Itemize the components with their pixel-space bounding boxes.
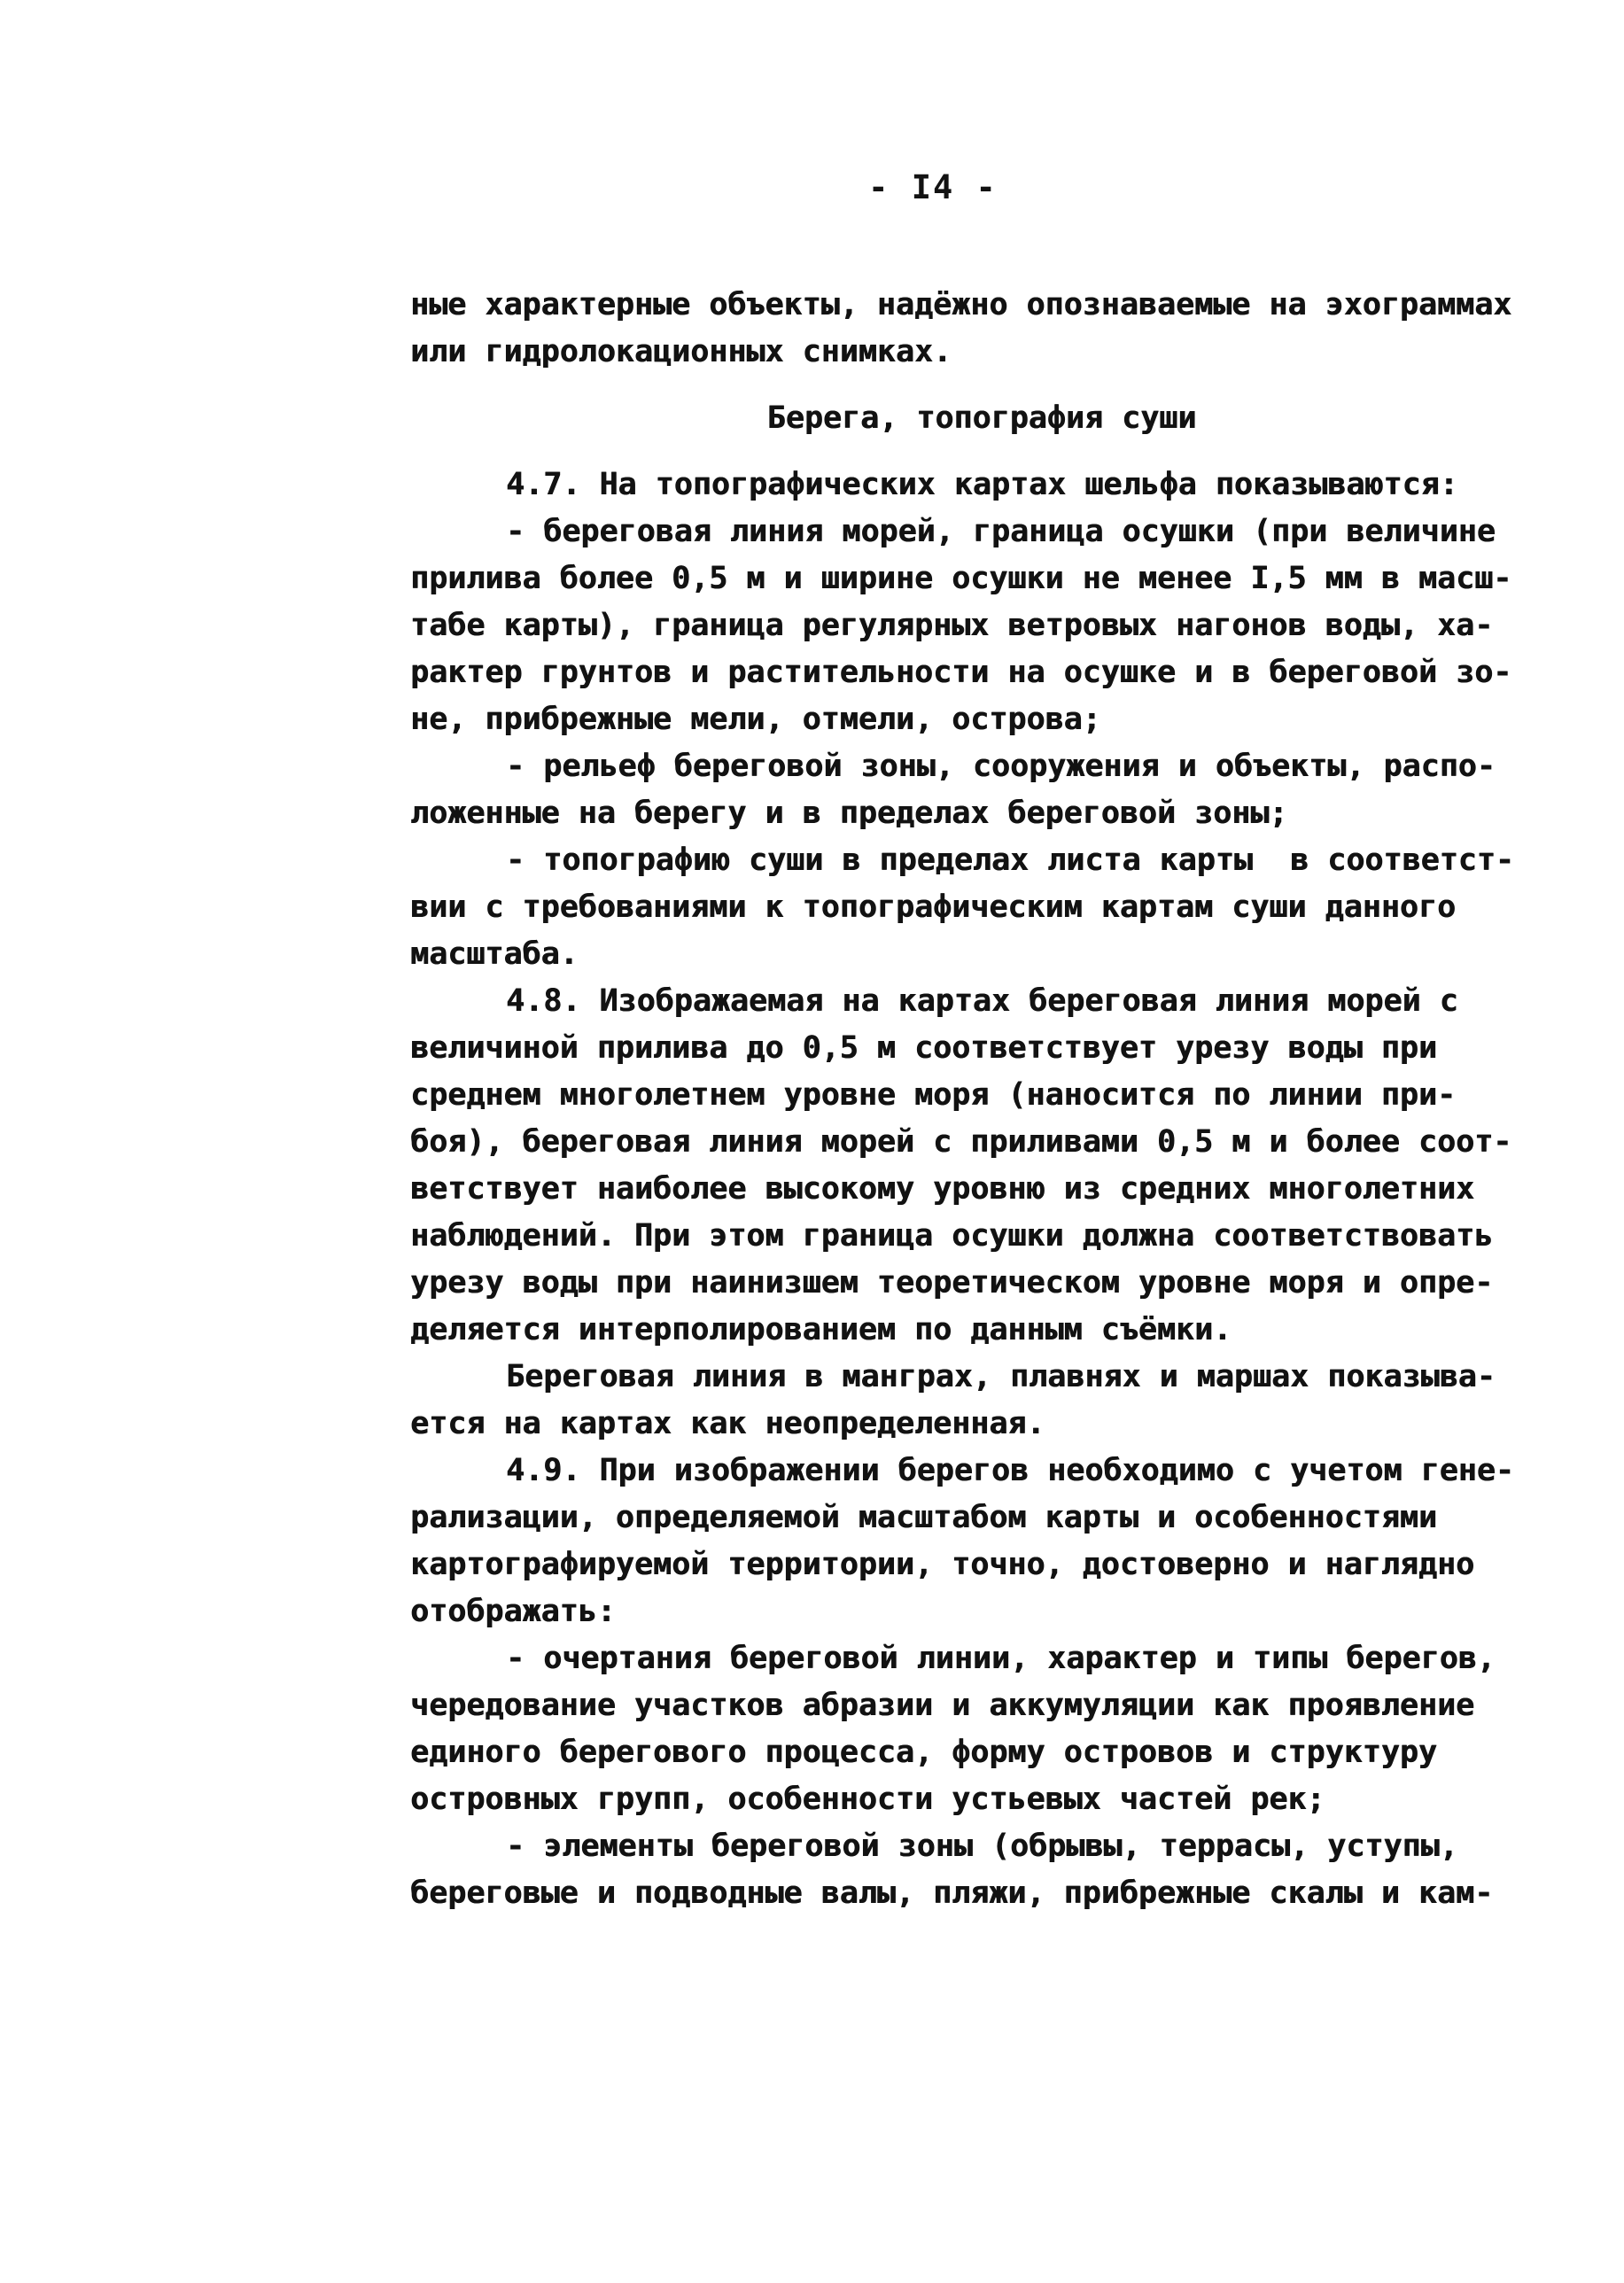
page-number: - I4 - <box>868 168 998 206</box>
text-line: единого берегового процесса, форму остро… <box>410 1729 1553 1776</box>
text-line: - береговая линия морей, граница осушки … <box>410 509 1553 555</box>
document-page: - I4 - ные характерные объекты, надёжно … <box>0 0 1624 2283</box>
paragraph: 4.9. При изображении берегов необходимо … <box>410 1448 1553 1635</box>
paragraph: ные характерные объекты, надёжно опознав… <box>410 282 1553 376</box>
paragraph: Береговая линия в манграх, плавнях и мар… <box>410 1354 1553 1448</box>
text-line: прилива более 0,5 м и ширине осушки не м… <box>410 555 1553 602</box>
text-line: ется на картах как неопределенная. <box>410 1401 1553 1448</box>
text-line: Береговая линия в манграх, плавнях и мар… <box>410 1354 1553 1401</box>
text-line: - очертания береговой линии, характер и … <box>410 1635 1553 1682</box>
paragraph: - элементы береговой зоны (обрывы, терра… <box>410 1823 1553 1917</box>
paragraph: - береговая линия морей, граница осушки … <box>410 509 1553 743</box>
text-line: - элементы береговой зоны (обрывы, терра… <box>410 1823 1553 1870</box>
paragraph: - рельеф береговой зоны, сооружения и об… <box>410 743 1553 837</box>
text-line: береговые и подводные валы, пляжи, прибр… <box>410 1870 1553 1917</box>
text-line: чередование участков абразии и аккумуляц… <box>410 1682 1553 1729</box>
text-line: или гидролокационных снимках. <box>410 329 1553 376</box>
text-line: среднем многолетнем уровне моря (наносит… <box>410 1072 1553 1119</box>
document-body: ные характерные объекты, надёжно опознав… <box>410 282 1553 1917</box>
text-line: - рельеф береговой зоны, сооружения и об… <box>410 743 1553 790</box>
text-line: величиной прилива до 0,5 м соответствует… <box>410 1025 1553 1072</box>
text-line: рактер грунтов и растительности на осушк… <box>410 649 1553 696</box>
text-line: вии с требованиями к топографическим кар… <box>410 884 1553 931</box>
text-line: островных групп, особенности устьевых ча… <box>410 1776 1553 1823</box>
text-line: деляется интерполированием по данным съё… <box>410 1307 1553 1354</box>
text-line: ложенные на берегу и в пределах берегово… <box>410 790 1553 837</box>
text-line: картографируемой территории, точно, дост… <box>410 1541 1553 1588</box>
text-line: отображать: <box>410 1588 1553 1635</box>
paragraph: - очертания береговой линии, характер и … <box>410 1635 1553 1823</box>
text-line: 4.8. Изображаемая на картах береговая ли… <box>410 978 1553 1025</box>
text-line: 4.9. При изображении берегов необходимо … <box>410 1448 1553 1495</box>
text-line: 4.7. На топографических картах шельфа по… <box>410 462 1553 509</box>
text-line: ные характерные объекты, надёжно опознав… <box>410 282 1553 329</box>
text-line: ветствует наиболее высокому уровню из ср… <box>410 1166 1553 1213</box>
text-line: наблюдений. При этом граница осушки долж… <box>410 1213 1553 1260</box>
text-line: масштаба. <box>410 931 1553 978</box>
text-line: урезу воды при наинизшем теоретическом у… <box>410 1260 1553 1307</box>
text-line: - топографию суши в пределах листа карты… <box>410 837 1553 884</box>
text-line: боя), береговая линия морей с приливами … <box>410 1119 1553 1166</box>
section-heading: Берега, топография суши <box>410 395 1553 442</box>
paragraph: - топографию суши в пределах листа карты… <box>410 837 1553 978</box>
paragraph: 4.8. Изображаемая на картах береговая ли… <box>410 978 1553 1354</box>
text-line: не, прибрежные мели, отмели, острова; <box>410 696 1553 743</box>
paragraph: 4.7. На топографических картах шельфа по… <box>410 462 1553 509</box>
text-line: рализации, определяемой масштабом карты … <box>410 1495 1553 1541</box>
text-line: табе карты), граница регулярных ветровых… <box>410 602 1553 649</box>
